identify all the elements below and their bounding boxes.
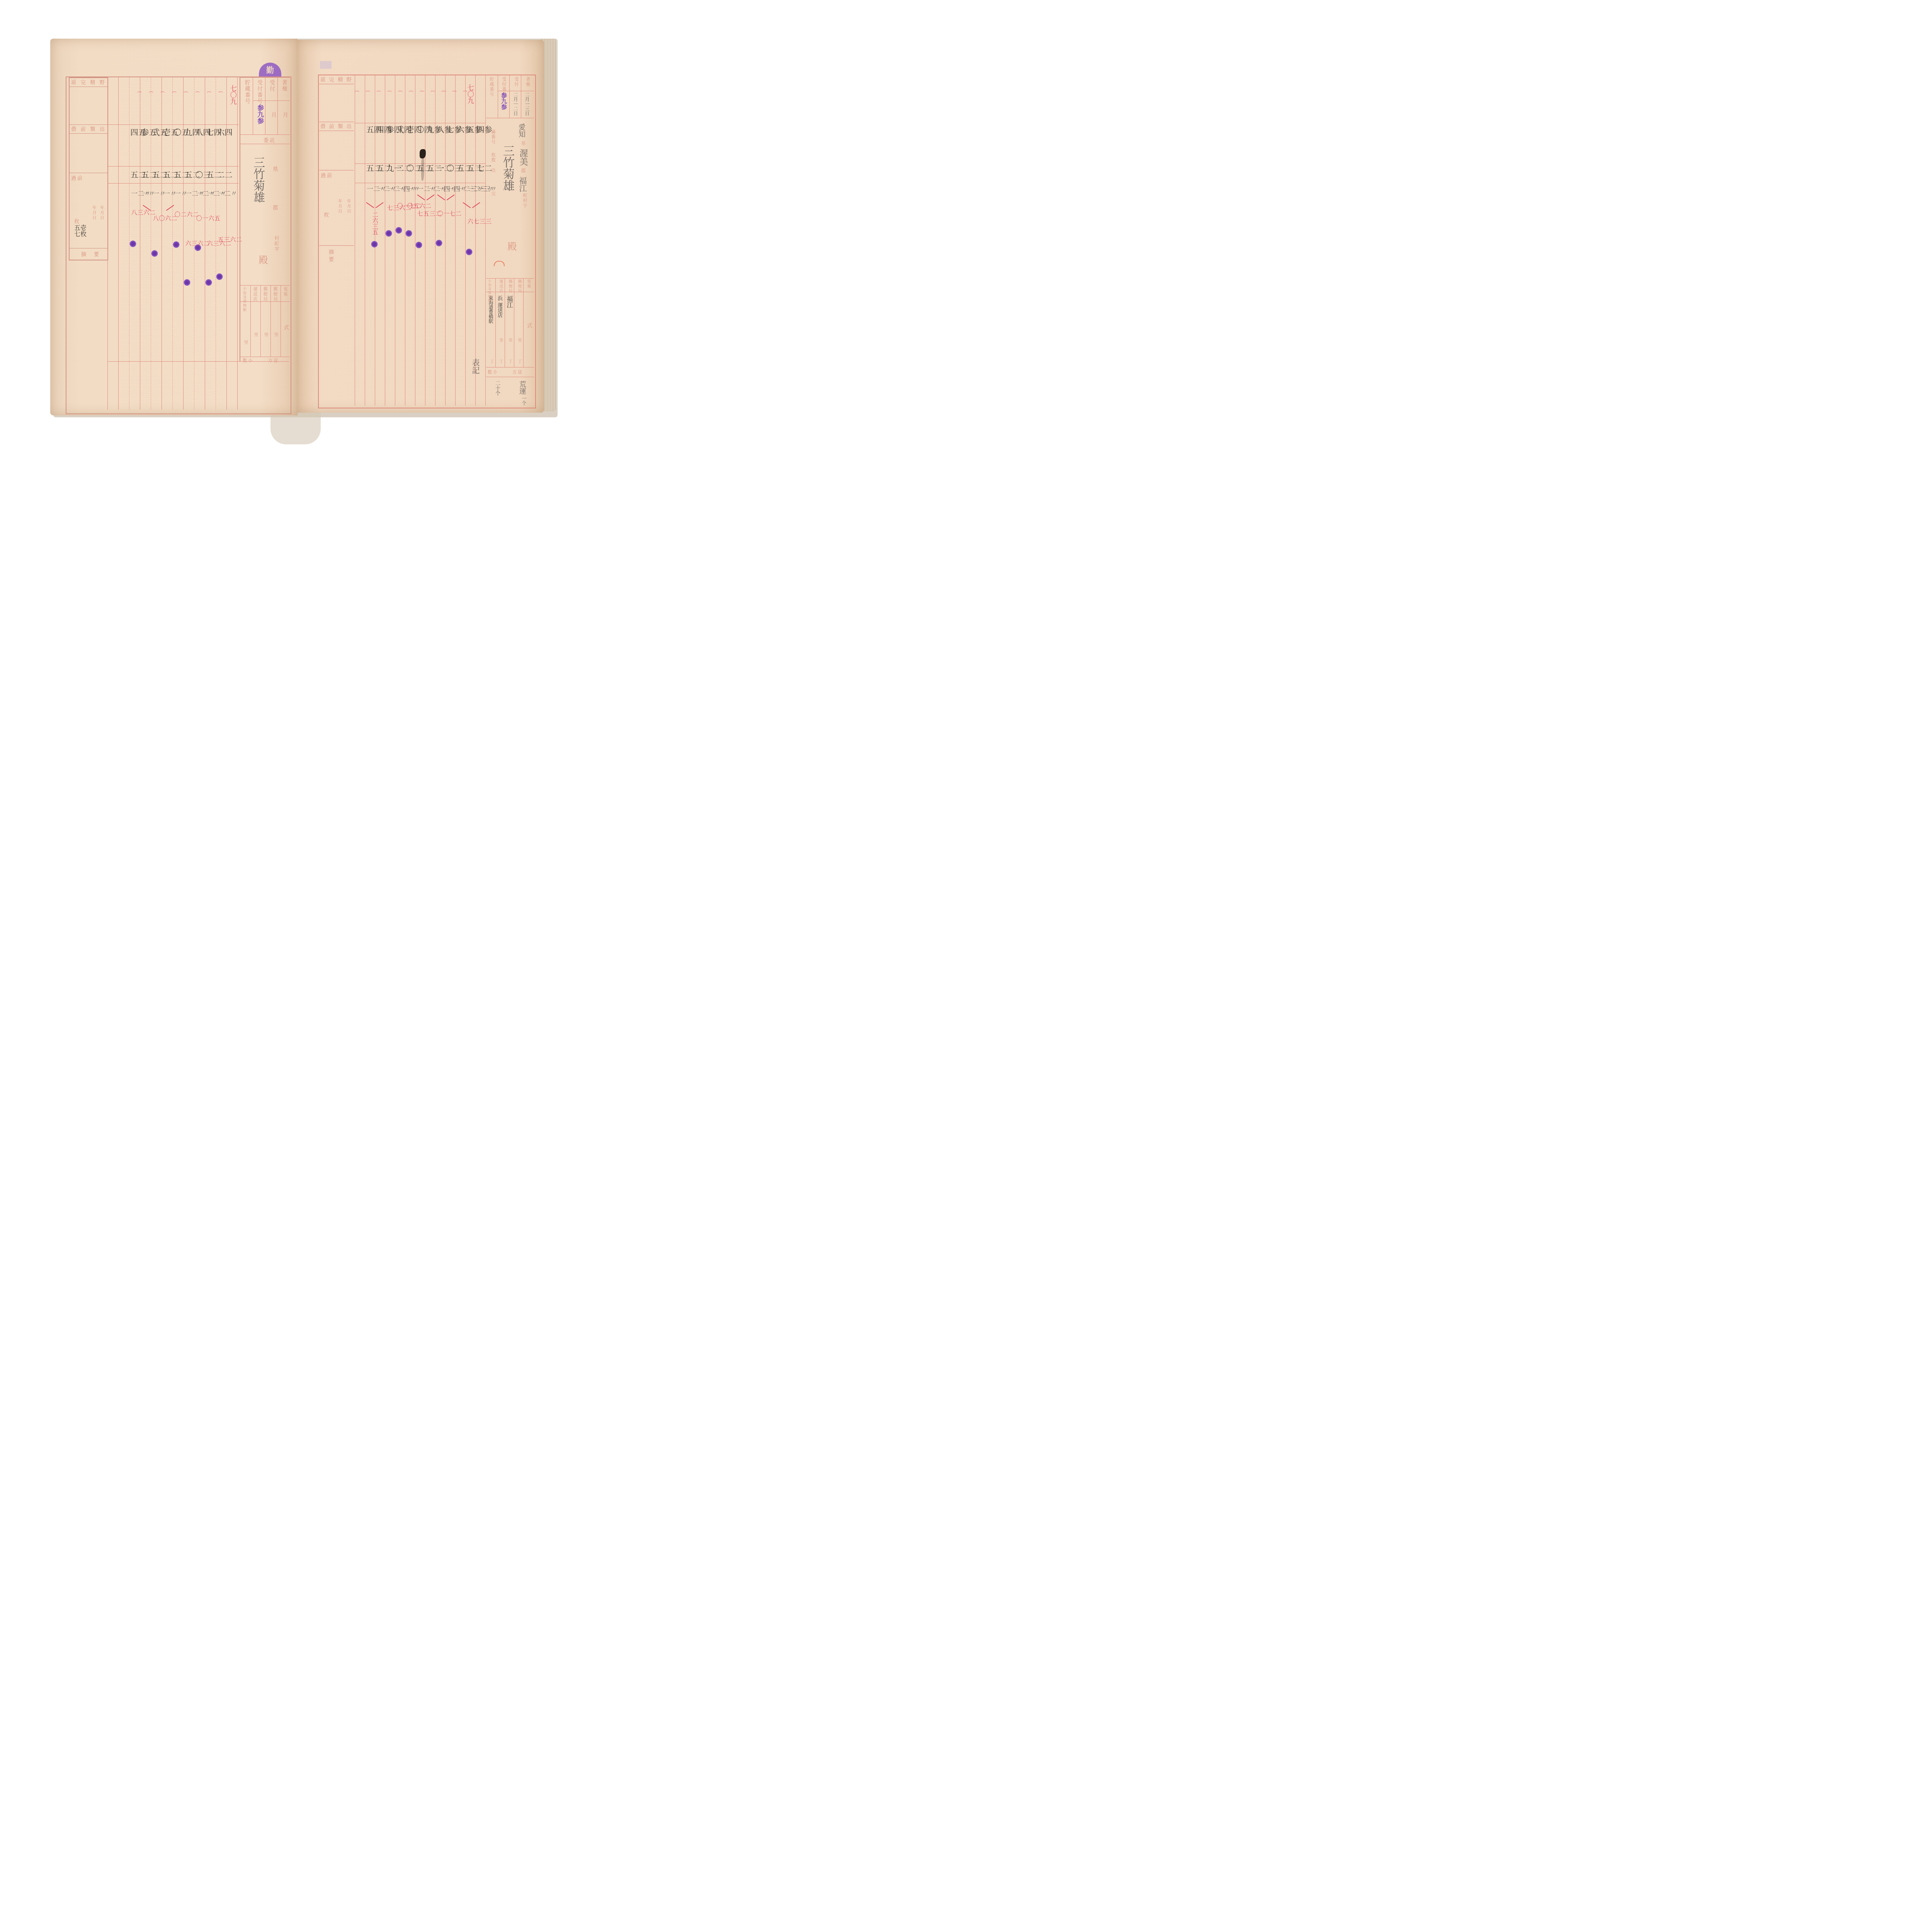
purple-seal-icon [205, 279, 212, 286]
rule [521, 75, 521, 118]
rule [118, 77, 119, 410]
entry-no: 五四 [130, 128, 145, 136]
label-rui: 類 [338, 122, 344, 131]
carrier-line-1: 福江 [506, 296, 512, 308]
sheet-count: 五壱七枚 [74, 225, 90, 237]
label-day: 月 [270, 112, 277, 118]
divider [319, 245, 354, 246]
date-label-2: 年月日 [99, 206, 104, 221]
label-sokata: 方送 [268, 357, 279, 364]
remark-text: 表記 [471, 359, 479, 374]
rule [505, 278, 505, 367]
carrier-line-2: 浜 運送店 [497, 296, 502, 317]
label-dono: 殿 [256, 255, 269, 265]
purple-seal-icon [466, 248, 473, 255]
label-uketsuke: 受付 [513, 77, 519, 87]
rule [277, 77, 278, 134]
entry-red-total: 二六三八 [131, 209, 155, 215]
entry-qty: 二五 [130, 171, 145, 179]
carrier-line-3: 東海道豊橋駅 [488, 296, 493, 323]
rule [355, 163, 485, 164]
entry-no: 四五 [366, 126, 381, 133]
label-mayu-no: 繭番号 [490, 129, 496, 145]
rule [107, 166, 239, 167]
addressee-district: 渥美 [519, 149, 527, 166]
rule [405, 75, 405, 406]
rule [495, 278, 496, 367]
rule [486, 278, 534, 279]
right-header-panel: 野 精 完 返 出 類 前 借 過前 枚 年月日 年月日 摘要 [319, 75, 354, 257]
rule [240, 134, 290, 135]
rule [435, 75, 435, 406]
label-no: 野 [100, 78, 106, 87]
label-tekiyo: 摘要 [81, 250, 107, 257]
rule [395, 75, 395, 406]
entry-red-total: 二六〇八 [152, 215, 177, 221]
label-kari: 借 [320, 122, 327, 131]
purple-seal-icon [151, 250, 158, 257]
label-mai: 枚 [324, 211, 330, 218]
label-ken: 県 [271, 166, 279, 172]
label-mai: 枚 [74, 217, 80, 224]
rule [237, 77, 238, 410]
label-shutsu: 出 [490, 168, 496, 173]
red-bracket-icon [366, 202, 383, 209]
label-rui: 類 [90, 125, 96, 133]
rule [514, 278, 514, 367]
rule [455, 75, 456, 406]
tick-row: ⌒⌒⌒⌒⌒⌒⌒⌒⌒⌒⌒ [355, 90, 467, 97]
label-de: 出 [347, 122, 353, 131]
label-kari: 借 [71, 125, 77, 133]
label-tekiyo: 摘要 [329, 248, 354, 262]
purple-seal-icon [435, 240, 442, 247]
rule [523, 278, 524, 367]
label-kan: 完 [329, 75, 335, 84]
rule [365, 75, 365, 406]
label-kazen: 過前 [321, 171, 333, 179]
label-chozo-no: 貯蔵番号 [243, 80, 251, 104]
rule [355, 75, 355, 406]
purple-seal-icon [415, 241, 422, 248]
purple-seal-icon [216, 273, 223, 280]
entry-red-total: 五六一〇 [196, 215, 220, 221]
label-no: 野 [347, 75, 353, 84]
rule [485, 75, 486, 406]
label-ri: 里 [243, 340, 249, 345]
label-hen: 返 [320, 75, 327, 84]
addressee-name: 三竹菊雄 [252, 156, 264, 203]
entry-red-total: 二六三六 [185, 240, 209, 246]
rule [107, 361, 289, 362]
entry-detail: 〃二一 [366, 185, 385, 192]
date-label-1: 年月日 [91, 206, 97, 221]
label-cho: 丁 [516, 359, 522, 364]
red-bracket-icon [437, 194, 454, 201]
label-yubin1: 郵便局 [516, 279, 522, 293]
rule [281, 285, 281, 357]
purple-seal-icon [173, 241, 180, 248]
label-hen: 返 [71, 78, 77, 87]
label-unsoten: 運送店 [498, 279, 503, 293]
rule [475, 75, 476, 406]
ref-date-1: 二月一三日 [525, 92, 529, 116]
label-denpo: 電報 [526, 279, 531, 289]
label-cho: 丁 [507, 359, 513, 364]
purple-seal-icon [129, 240, 136, 247]
label-uketsuke-no: 受付番号 [256, 80, 264, 104]
top-seal-text: 勤 [266, 66, 274, 75]
rule [355, 183, 485, 183]
right-ref-block: 著権 受付 受付番号 貯蔵番号 二月一三日 二月一二日 参九参 繭番号 枚数 出… [486, 75, 534, 406]
purple-seal-icon [371, 241, 378, 248]
header-row3: 過前 [70, 173, 107, 173]
label-village: 村町字 [274, 236, 280, 252]
label-mae: 前 [81, 125, 87, 133]
rule [107, 77, 108, 410]
label-gun: 郡 [520, 168, 527, 173]
label-denpo: 電報 [282, 287, 288, 297]
rule [486, 377, 534, 377]
label-sei: 精 [90, 78, 96, 87]
label-ri: 里 [273, 332, 279, 337]
label-shiki: 式 [282, 325, 290, 331]
label-cho: 丁 [488, 359, 494, 364]
rule [240, 285, 290, 286]
rule [415, 75, 415, 406]
header-row1: 野 精 完 返 [70, 78, 107, 87]
rule [162, 77, 162, 410]
faded-stamp [320, 61, 332, 69]
label-uketsuke: 受付 [268, 80, 276, 92]
label-kosu: 数小 [488, 369, 498, 375]
ink-blot [420, 149, 426, 158]
rule [140, 77, 140, 410]
label-village: 町村字 [522, 193, 528, 208]
header-row1: 野 精 完 返 [319, 75, 354, 84]
label-kan: 完 [81, 78, 87, 87]
stamp-number: 参九参 [255, 104, 265, 124]
label-maisu: 枚数 [490, 153, 496, 163]
addressee-name: 三竹菊雄 [502, 145, 513, 191]
rule [260, 285, 261, 357]
label-kazen: 過前 [71, 174, 83, 181]
label-ri: 里 [498, 338, 503, 343]
label-kan: 完 [490, 191, 496, 196]
red-seal-partial [494, 261, 505, 266]
label-chosaku: 著権 [281, 80, 288, 92]
rule [425, 75, 425, 406]
label-mae: 前 [329, 122, 335, 131]
left-header-panel: 野 精 完 返 出 類 前 借 過前 枚 五壱七枚 年月日 年月日 摘要 [69, 77, 108, 260]
rule [385, 75, 385, 406]
purple-seal-icon [405, 230, 412, 237]
rule [265, 77, 265, 134]
label-month: 月 [281, 112, 289, 118]
label-ri: 里 [253, 332, 259, 337]
ship-method: 荒運 [519, 381, 526, 395]
divider: 過前 [319, 170, 354, 170]
label-chozo-no: 貯蔵番号 [488, 77, 495, 97]
footer-divider [70, 248, 107, 248]
purple-seal-icon [395, 227, 402, 234]
entry-detail: 〃二一 [130, 190, 150, 197]
entry-qty: 二五 [366, 164, 381, 172]
purple-seal-icon [385, 230, 392, 237]
rule [240, 357, 290, 357]
rule [498, 75, 498, 118]
entry-red-total: 二六二〇 [174, 211, 198, 217]
label-kozutsumi: 小包及貨物駅 [242, 287, 247, 312]
rule [183, 77, 184, 410]
stamp-number: 参九参 [500, 92, 508, 110]
label-dono: 殿 [505, 241, 518, 252]
label-ri: 里 [263, 332, 269, 337]
label-chosaku: 著権 [525, 77, 531, 87]
ship-unit: 一个 [522, 396, 526, 405]
label-shiki: 式 [526, 323, 533, 329]
rule [107, 183, 239, 184]
count-value: 二十个 [495, 381, 500, 396]
label-ri: 里 [507, 338, 513, 343]
label-sei: 精 [338, 75, 344, 84]
label-unsoten: 運送店 [252, 287, 258, 302]
header-row2: 出 類 前 借 [70, 124, 107, 134]
rule [253, 77, 253, 134]
addressee-prefecture: 愛知 [518, 124, 525, 138]
date-label-2: 年月日 [345, 199, 351, 214]
entry-red-total: 二六三七 [386, 205, 411, 211]
rule [240, 144, 290, 144]
left-page: 勤 野 精 完 返 出 類 前 借 過前 枚 五壱七枚 年月日 年月日 摘要 [50, 39, 298, 415]
left-ref-block: 著権 受付 受付番号 貯蔵番号 月 月 参九参 委託 三竹菊雄 県 郡 村町字 … [240, 77, 290, 361]
purple-seal-icon [184, 279, 190, 286]
right-page: 野 精 完 返 出 類 前 借 過前 枚 年月日 年月日 摘要 七〇九 ⌒⌒⌒⌒… [297, 40, 544, 413]
label-yubin2: 郵便局 [262, 287, 268, 302]
entry-red-total: 二三五七 [417, 211, 441, 216]
rule [486, 367, 534, 367]
entry-red-total: 二六三五 [372, 212, 378, 235]
label-ri: 里 [516, 338, 522, 343]
rule [445, 75, 446, 406]
label-cho: 丁 [498, 359, 503, 364]
label-ken: 県 [520, 141, 526, 146]
label-kosu: 数小 [243, 357, 253, 364]
rule [465, 75, 466, 406]
label-gun: 郡 [271, 205, 279, 211]
rule [270, 285, 271, 357]
top-seal: 勤 [259, 63, 281, 77]
ref-date-2: 二月一二日 [513, 92, 518, 116]
label-yubin1: 郵便局 [272, 287, 278, 302]
rule [486, 118, 534, 118]
tick-row: ⌒⌒⌒⌒⌒⌒⌒⌒ [137, 91, 222, 97]
addressee-village: 福江 [519, 177, 526, 192]
rule [250, 285, 251, 357]
rule [509, 75, 510, 118]
rule [107, 124, 239, 125]
label-de: 出 [100, 125, 106, 133]
entry-red-total: 二六三六 [206, 240, 231, 246]
rule [151, 77, 151, 410]
label-itaku: 委託 [264, 136, 276, 143]
rule [355, 123, 485, 123]
red-bracket-icon [417, 194, 434, 201]
header-row2: 出 類 前 借 [319, 122, 354, 131]
label-yubin2: 郵便局 [507, 279, 513, 293]
red-bracket-icon [463, 202, 480, 209]
label-sokata: 方送 [512, 369, 523, 375]
date-label-1: 年月日 [337, 199, 342, 214]
